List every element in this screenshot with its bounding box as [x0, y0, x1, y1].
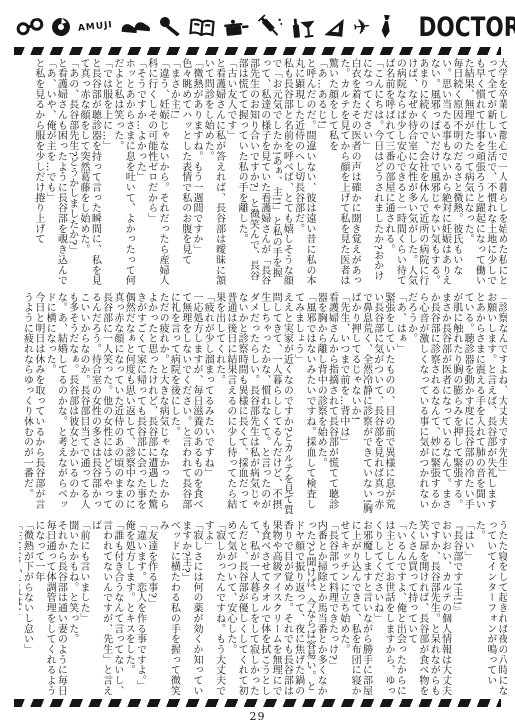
story-paragraph: 「はい」: [462, 520, 473, 698]
story-paragraph: 「誰も付き合うなんて言ってないし、言われてないんですが、先生」と言えば: [89, 520, 123, 698]
story-paragraph: 「違う、妊娠じゃないから。それだったら産婦人科に行くしその可能性ゼロだから」: [146, 58, 169, 288]
lettering-icon: AMUJI: [78, 21, 114, 34]
story-paragraph: 大学を卒業して都心で一人暮らしを始めた私にとって全てが新しい生活で、不慣れな土地…: [462, 58, 507, 288]
story-paragraph: 「まさか主!」: [168, 58, 179, 288]
story-paragraph: 緊張をしていたものの、目の前で異様に息が荒い長谷部に気がついて、長谷部を見れば真…: [349, 292, 394, 516]
story-paragraph: あまりに続くので、会社を休んで近所の病院に行けば、なぜか待合室に女性が多い気がし…: [383, 58, 428, 288]
story-paragraph: 「あ、いや、俺が主を…でも」: [44, 58, 55, 288]
shoes-icon: [120, 18, 151, 36]
drink-icon: [290, 14, 316, 40]
story-paragraph: 聞いたかもね。と笑った。: [66, 520, 77, 698]
story-paragraph: 「主!まさかそれは!」: [19, 520, 21, 698]
set-square-icon: [322, 15, 346, 39]
story-paragraph: と長谷部が聴診器を持って言った瞬間に、私を見て真っ赤な顔をして突然葛藤をし始めた…: [78, 58, 101, 288]
story-paragraph: 「では服を上に…」: [100, 58, 111, 288]
airplane-icon: ✈: [352, 16, 372, 39]
header-icon-row: AMUJI ✈: [16, 15, 393, 39]
story-paragraph: 「先生、いつまで前を…背中は」: [338, 292, 349, 516]
story-paragraph: 色々眺めてハッとした表情で私のお腹を見て: [179, 58, 190, 288]
donut-icon: [51, 17, 71, 37]
story-paragraph: 「風邪ではないみたいですね。採血して検査してみましょう」: [292, 292, 315, 516]
story-paragraph: 「あ…あるじ!」: [315, 58, 326, 288]
story-paragraph: と看護婦さんに私が答えれば、長谷部は曖昧に頷いて問診をし始めた。: [202, 58, 225, 288]
story-section-2: 「診察なんですよね、大丈夫です先生」お願いします。と言えば、長谷部が失礼しますと…: [19, 292, 507, 516]
story-paragraph: 「疲れが少し溜まってるみたいですね」: [202, 292, 213, 516]
story-paragraph: 白衣を着たその医者の声は確かに聞き覚えがあった。カルテを見てから顔を上げて私を見…: [326, 58, 360, 288]
story-paragraph: 「そうですか…よかった」: [134, 58, 145, 288]
story-paragraph: 「あの、長谷部先生?どうかしましたか?」: [66, 58, 77, 288]
story-paragraph: ええと実家が近くなのですか?とカルテを見て質問してきて、一人暮らししてるんだけど…: [213, 292, 292, 516]
glasses-icon: [15, 18, 45, 37]
syringe-icon: [256, 14, 284, 40]
story-paragraph: 「微熱が下がらないし怠い」: [21, 520, 32, 698]
story-paragraph: 私も長谷部と名前を呼べば、とても嬉しそうな顔で「お元気でしたか!あぁ、主!!」と…: [236, 58, 292, 288]
page-title: DOCTOR: [418, 14, 515, 41]
story-paragraph: 「古い友人です」: [225, 58, 236, 288]
story-paragraph: 「長谷部って料理できたっけ?」: [326, 520, 337, 698]
story-paragraph: 「こんにちは。今日はどうされましたか?おかけになってください」: [360, 58, 383, 288]
microphone-icon: [158, 15, 182, 39]
story-section-3: うたた寝をして起きれば夜の八時になっていてインターフォンが鳴っていた。「はい」『…: [19, 520, 507, 698]
story-paragraph: 「寂しかったんですね。もう大丈夫ですよ」: [202, 520, 225, 698]
story-paragraph: と私を見るから服を少しだけ捲り上げて: [33, 58, 44, 288]
story-paragraph: 「前にも言いました」: [78, 520, 89, 698]
top-divider: [14, 47, 501, 55]
story-paragraph: 一応処方しますが、毎日滋養のあるものを食べて無理をしないでください。と言われて長…: [168, 292, 202, 516]
story-paragraph: お願いします。と言えば、長谷部が失礼しますとあからさまに震える手を入れて肺の音を…: [405, 292, 495, 516]
story-paragraph: 『長谷部です!主!!』: [451, 520, 462, 698]
story-paragraph: 「違います。恋人を作る事ですよ。」俺を処方します。とキスをした。: [123, 520, 146, 698]
story-paragraph: 内番とか掃除とか馬当番とか多くなかった?と聞けば、今ならば容易い。とドヤ顔で振り…: [225, 520, 327, 698]
story-paragraph: 「いるんですよ、俺と出会ったからには主としてお世話をしますから、ゆっくりしてくだ…: [371, 520, 405, 698]
story-paragraph: 看護婦さんから指摘されて長谷部が慌てて聴診器を胸から離し背中の診察を始めた。: [315, 292, 338, 516]
story-paragraph: 今日と明日は休みを取っているから長谷部が言うように疲れならゆっくり休むのが一番だ…: [21, 292, 44, 516]
story-paragraph: 「友達を作る事?」: [146, 520, 157, 698]
page-header: AMUJI ✈: [16, 8, 501, 46]
story-paragraph: 「あ、はぁ」: [394, 292, 405, 516]
story-paragraph: と看護婦さんも困ったように長谷部を覗き込んで: [55, 58, 66, 288]
story-paragraph: 「微熱がありますね。もう一週間ですか」: [191, 58, 202, 288]
book-icon: [188, 16, 216, 37]
page-number: 29: [0, 710, 515, 723]
story-section-1: 大学を卒業して都心で一人暮らしを始めた私にとって全てが新しい生活で、不慣れな土地…: [19, 58, 507, 288]
book-page: AMUJI ✈: [0, 0, 515, 728]
story-paragraph: うたた寝をして起きれば夜の八時になっていてインターフォンが鳴っていた。: [473, 520, 507, 698]
story-paragraph: と呼んだのだ。間違いない、彼は遠い昔に私の本丸に顕現した近侍のへし切長谷部だ。: [292, 58, 315, 288]
story-paragraph: それから長谷部は通い妻のように毎日毎日通って体調管理をしてくれるようになって一年: [33, 520, 67, 698]
story-paragraph: 「診察なんですよね、大丈夫です先生」: [496, 292, 507, 516]
story-paragraph: ベッドに横たわる私の手を握って微笑み: [157, 520, 180, 698]
tie-icon: [378, 14, 394, 39]
story-paragraph: おいおい、カルテの個人情報は大丈夫ですか、長谷部先生。と呆れながらも笑い扉を開け…: [405, 520, 450, 698]
story-paragraph: ただの疲れか。と大きな病気じゃなかったからよかったと思ったけれど、長谷部に遭遇し…: [44, 292, 168, 516]
bottom-divider: [14, 699, 501, 707]
story-paragraph: 毎日続く原因不明のだるさと微熱。彼氏もいない。思い当たる事もないから絶対に妊娠は…: [428, 58, 462, 288]
story-paragraph: ホッとあからさまに息を吐いて、よかったって何だよと私は笑った。: [112, 58, 135, 288]
pot-icon: [222, 17, 250, 38]
story-paragraph: 「寂しさには何の薬が効くか知っていますか?主?」: [179, 520, 202, 698]
story-paragraph: お邪魔しますと言いながら勝手に部屋に上がり込んできて、私を布団に寝かせてキッチン…: [338, 520, 372, 698]
